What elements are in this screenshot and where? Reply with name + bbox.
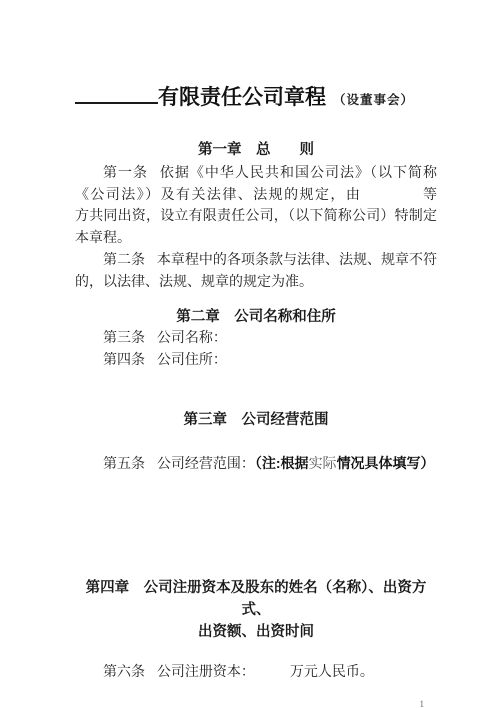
article4-label: 第四条 [103,353,145,368]
title-main-text: 有限责任公司章程 [158,85,326,109]
article4-text: 公司住所： [157,353,227,368]
article3-paragraph: 第三条公司名称： [75,328,437,350]
chapter4-heading-line2: 出资额、出资时间 [198,624,314,640]
chapter4-heading-line1: 第四章 公司注册资本及股东的姓名（名称）、出资方式、 [86,580,427,618]
page-footer: 1 [75,698,437,708]
chapter2-heading: 第二章 公司名称和住所 [75,307,437,327]
article1-label: 第一条 [103,166,148,181]
chapter1-heading: 第一章 总 则 [75,140,437,160]
article1-paragraph: 第一条依据《中华人民共和国公司法》（以下简称《公司法》）及有关法律、法规的规定，… [75,163,437,249]
document-title: 有限责任公司章程（设董事会） [75,84,437,113]
page-number: 1 [420,699,425,708]
chapter3-heading: 第三章 公司经营范围 [75,410,437,430]
title-suffix-text: （设董事会） [333,93,414,107]
document-page: 有限责任公司章程（设董事会） 第一章 总 则 第一条依据《中华人民共和国公司法》… [0,0,500,708]
article4-paragraph: 第四条公司住所： [75,350,437,372]
article5-text: 公司经营范围： [157,457,255,472]
article5-note-bold-suffix: 情况具体填写） [337,455,435,471]
article5-note-regular: 实际 [309,457,337,472]
chapter4-heading: 第四章 公司注册资本及股东的姓名（名称）、出资方式、出资额、出资时间 [75,577,437,643]
article6-paragraph: 第六条公司注册资本： 万元人民币。 [75,662,437,684]
article2-paragraph: 第二条本章程中的各项条款与法律、法规、规章不符的，以法律、法规、规章的规定为准。 [75,250,437,293]
article3-text: 公司名称： [157,331,227,346]
company-name-blank-underline [75,85,158,104]
article3-label: 第三条 [103,331,145,346]
article6-label: 第六条 [103,665,145,680]
article5-note-bold-prefix: （注:根据 [255,455,309,471]
article2-label: 第二条 [103,253,145,268]
article6-text: 公司注册资本： 万元人民币。 [157,665,374,680]
article5-label: 第五条 [103,457,145,472]
article5-paragraph: 第五条公司经营范围：（注:根据实际情况具体填写） [75,453,437,476]
